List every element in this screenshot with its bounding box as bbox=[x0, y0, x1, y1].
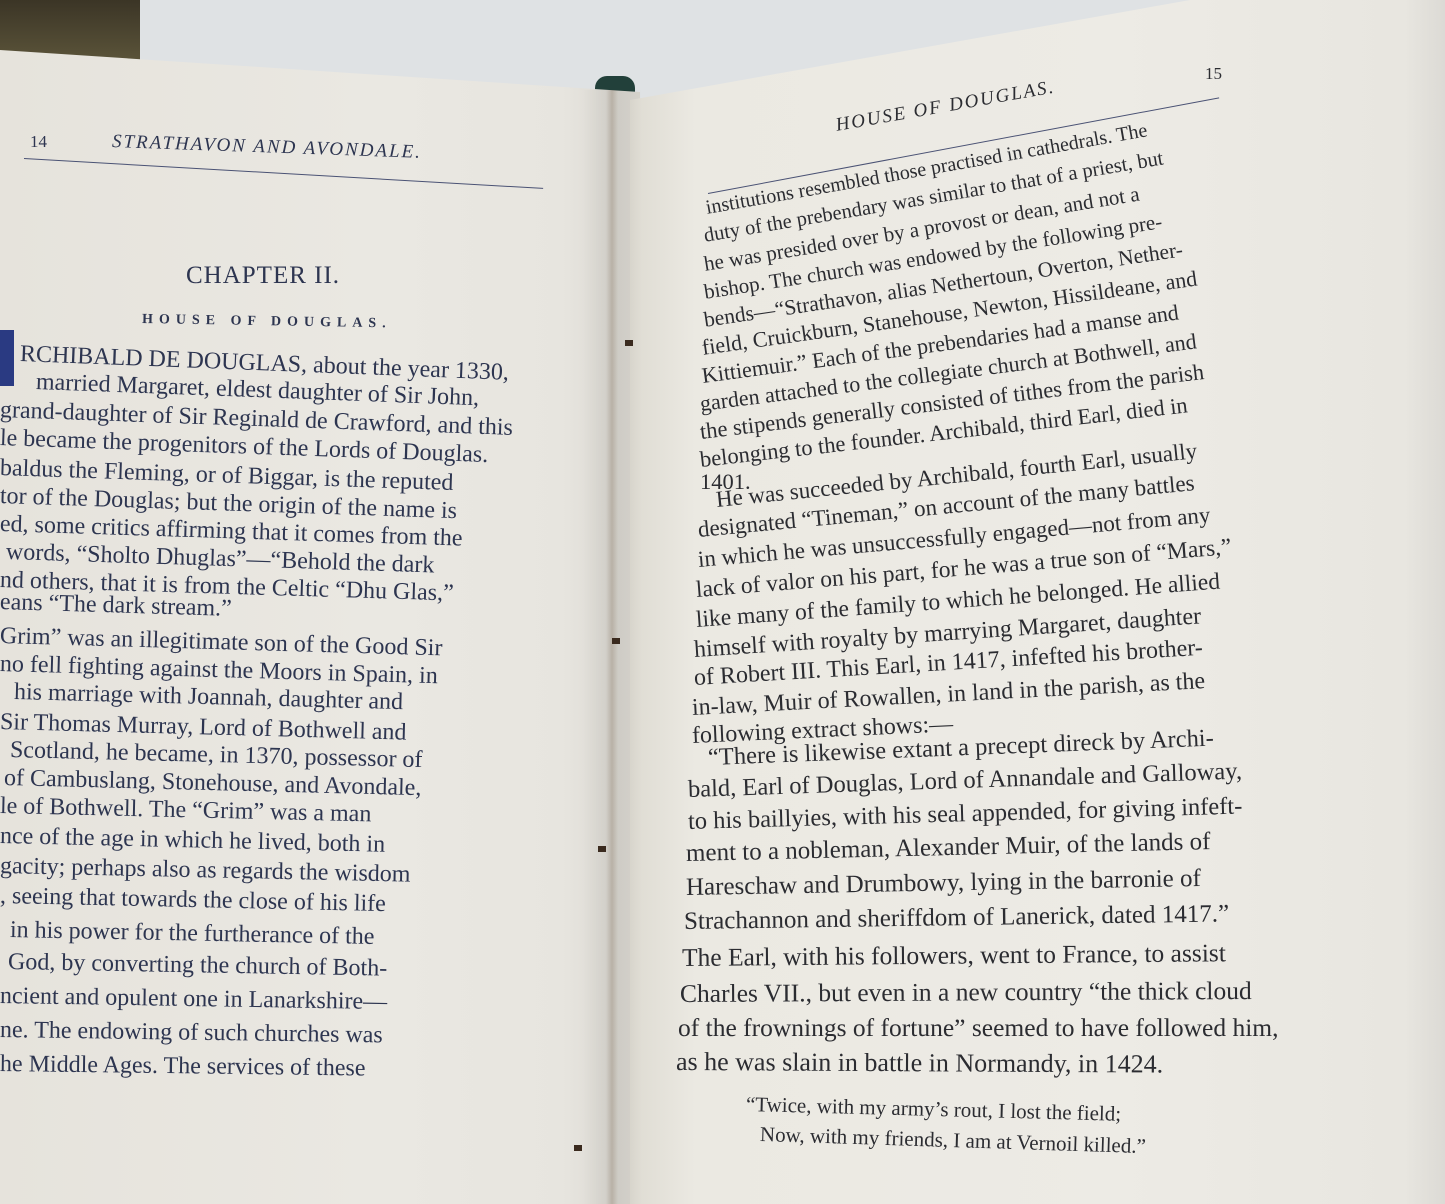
background-object bbox=[0, 0, 160, 60]
chapter-title: CHAPTER II. bbox=[186, 262, 340, 290]
text-line: ne. The endowing of such churches was bbox=[0, 1016, 383, 1049]
section-title: HOUSE OF DOUGLAS. bbox=[142, 306, 392, 338]
drop-cap bbox=[0, 330, 14, 386]
binding-stitch bbox=[612, 638, 620, 644]
binding-stitch bbox=[625, 340, 633, 346]
page-number-right: 15 bbox=[1205, 60, 1222, 88]
page-number-left: 14 bbox=[30, 128, 47, 156]
text-line: of the frownings of fortune” seemed to h… bbox=[678, 1014, 1279, 1042]
binding-stitch bbox=[598, 846, 606, 852]
text-line: Charles VII., but even in a new country … bbox=[680, 977, 1252, 1008]
text-line: The Earl, with his followers, went to Fr… bbox=[682, 939, 1226, 972]
text-line: he Middle Ages. The services of these bbox=[0, 1050, 366, 1082]
book-gutter bbox=[582, 90, 642, 1204]
text-line: as he was slain in battle in Normandy, i… bbox=[676, 1048, 1163, 1079]
binding-stitch bbox=[574, 1145, 582, 1151]
